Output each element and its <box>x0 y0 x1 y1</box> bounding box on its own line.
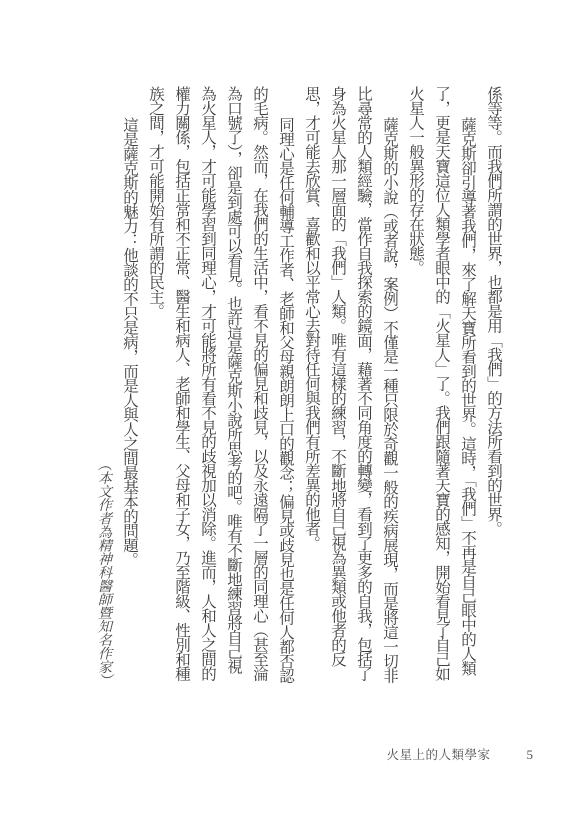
book-title: 火星上的人類學家 <box>386 745 490 763</box>
paragraph: 薩克斯的小說（或者說，案例）不僅是一種只限於奇觀一般的疾病展現，而是將這一切非比… <box>298 86 402 686</box>
author-attribution: （本文作者為精神科醫師暨知名作家） <box>90 86 116 686</box>
paragraph: 係等等。而我們所謂的世界，也都是用「我們」的方法所看到的世界。 <box>480 86 506 686</box>
page-footer: 火星上的人類學家 5 <box>386 745 533 763</box>
paragraph: 這是薩克斯的魅力：他談的不只是病，而是人與人之間最基本的問題。 <box>116 86 142 686</box>
paragraph: 薩克斯卻引導著我們，來了解天寶所看到的世界。這時，「我們」不再是自己眼中的人類了… <box>402 86 480 686</box>
text-columns: 係等等。而我們所謂的世界，也都是用「我們」的方法所看到的世界。薩克斯卻引導著我們… <box>86 86 506 686</box>
paragraph: 同理心是任何輔導工作者、老師和父母親朗朗上口的觀念；偏見或歧見也是任何人都否認的… <box>142 86 298 686</box>
page-number: 5 <box>527 747 534 763</box>
book-page: 係等等。而我們所謂的世界，也都是用「我們」的方法所看到的世界。薩克斯卻引導著我們… <box>0 0 582 816</box>
